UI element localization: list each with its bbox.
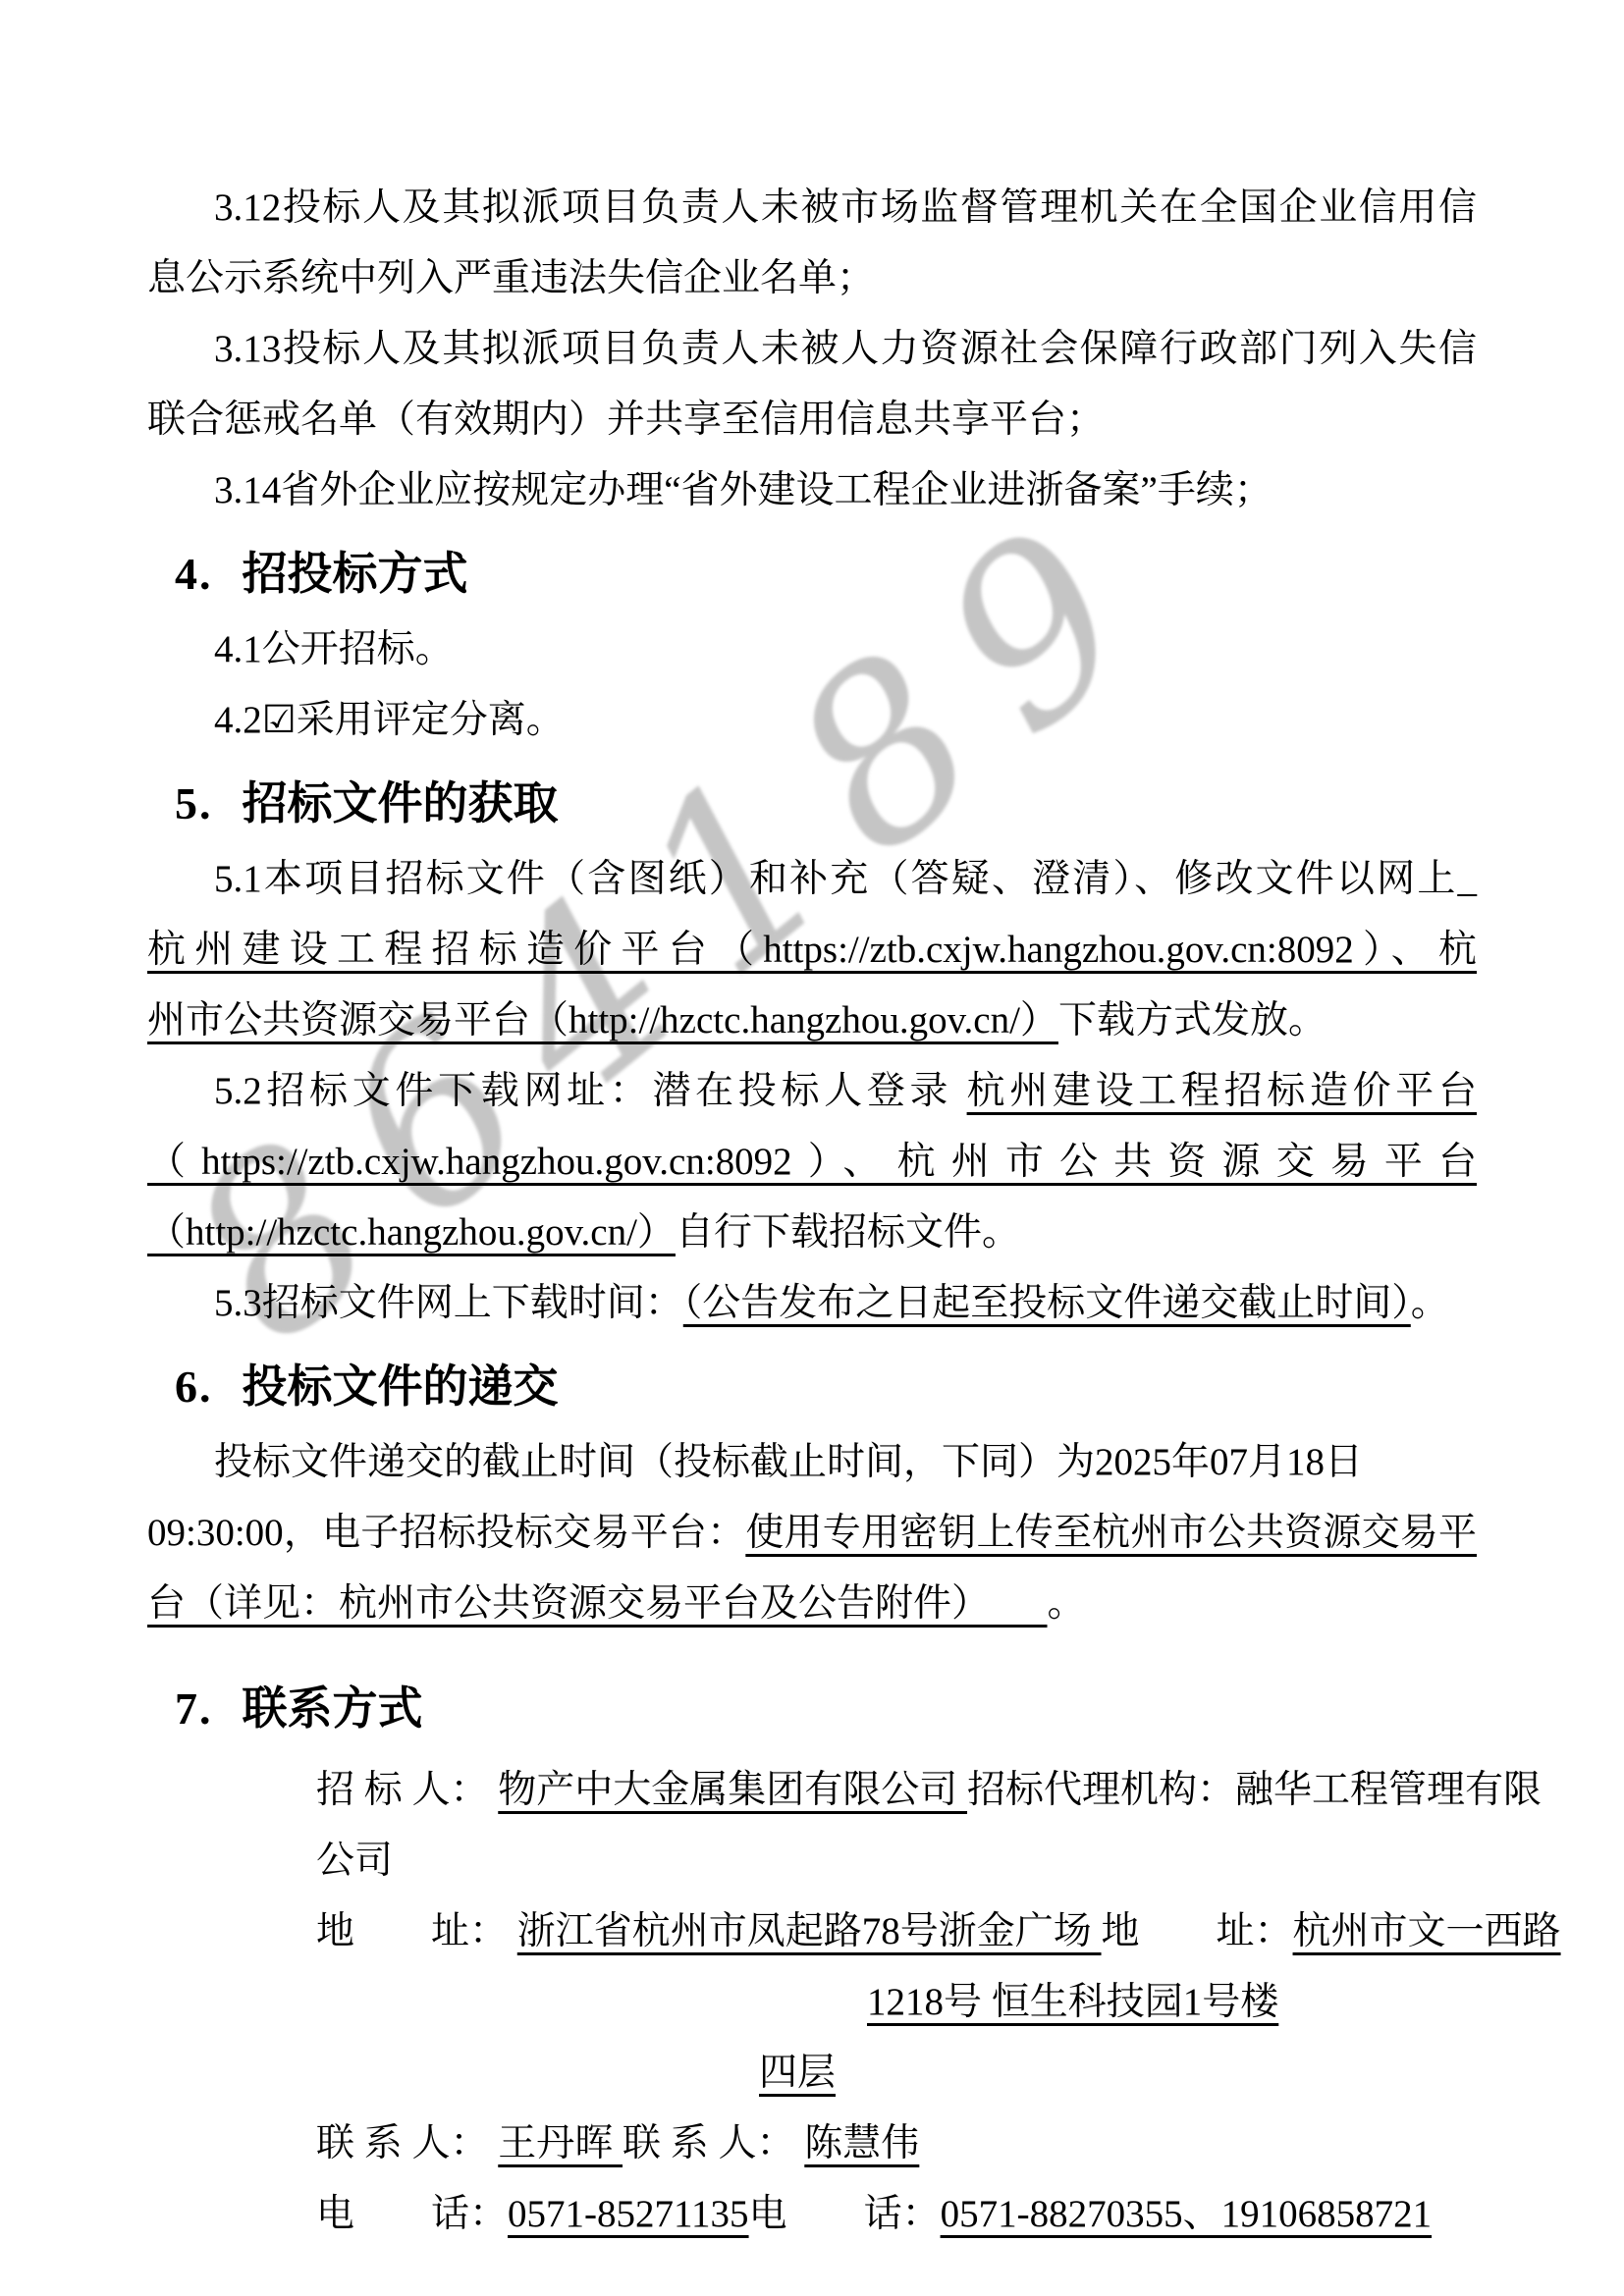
paragraph-5-3: 5.3招标文件网上下载时间：（公告发布之日起至投标文件递交截止时间）。 (147, 1268, 1477, 1339)
paragraph-3-12: 3.12投标人及其拟派项目负责人未被市场监督管理机关在全国企业信用信息公示系统中… (147, 173, 1477, 314)
paragraph-6-deadline: 投标文件递交的截止时间（投标截止时间，下同）为2025年07月18日09:30:… (147, 1427, 1477, 1639)
heading-7-title: 联系方式 (243, 1683, 423, 1734)
contact-block: 招 标 人： 物产中大金属集团有限公司 招标代理机构：融华工程管理有限 公司 地… (316, 1755, 1477, 2250)
heading-5-number: 5. (175, 778, 213, 828)
heading-7-number: 7. (175, 1683, 213, 1734)
heading-section-5: 5.招标文件的获取 (147, 772, 1477, 836)
paragraph-5-1: 5.1本项目招标文件（含图纸）和补充（答疑、澄清）、修改文件以网上_杭州建设工程… (147, 844, 1477, 1056)
heading-4-title: 招投标方式 (243, 549, 468, 599)
paragraph-3-14: 3.14省外企业应按规定办理“省外建设工程企业进浙备案”手续； (147, 455, 1477, 526)
contact-row-tenderer-and-agency: 招 标 人： 物产中大金属集团有限公司 招标代理机构：融华工程管理有限 (316, 1755, 1477, 1826)
paragraph-3-13: 3.13投标人及其拟派项目负责人未被人力资源社会保障行政部门列入失信联合惩戒名单… (147, 314, 1477, 455)
contact-row-contact-persons: 联 系 人： 王丹晖 联 系 人： 陈慧伟 (316, 2109, 1477, 2179)
heading-6-title: 投标文件的递交 (243, 1362, 559, 1412)
contact-row-agency-name-wrap: 公司 (316, 1826, 1477, 1896)
contact-row-agency-address-line2: 1218号 恒生科技园1号楼 (316, 1967, 1477, 2038)
contact-row-addresses: 地 址： 浙江省杭州市凤起路78号浙金广场 地 址：杭州市文一西路 (316, 1896, 1477, 1967)
heading-6-number: 6. (175, 1362, 213, 1412)
paragraph-5-2: 5.2招标文件下载网址：潜在投标人登录 杭州建设工程招标造价平台（https:/… (147, 1056, 1477, 1268)
document-page: 3.12投标人及其拟派项目负责人未被市场监督管理机关在全国企业信用信息公示系统中… (0, 0, 1624, 2250)
heading-section-6: 6.投标文件的递交 (147, 1355, 1477, 1419)
heading-5-title: 招标文件的获取 (243, 778, 559, 828)
contact-row-phones: 电 话：0571-85271135电 话：0571-88270355、19106… (316, 2179, 1477, 2250)
paragraph-4-2-checkbox: 4.2☑采用评定分离。 (147, 685, 1477, 756)
contact-row-agency-address-line3: 四层 (316, 2038, 1477, 2109)
heading-section-7: 7.联系方式 (147, 1677, 1477, 1741)
heading-section-4: 4.招投标方式 (147, 542, 1477, 607)
paragraph-4-1: 4.1公开招标。 (147, 614, 1477, 685)
heading-4-number: 4. (175, 549, 213, 599)
